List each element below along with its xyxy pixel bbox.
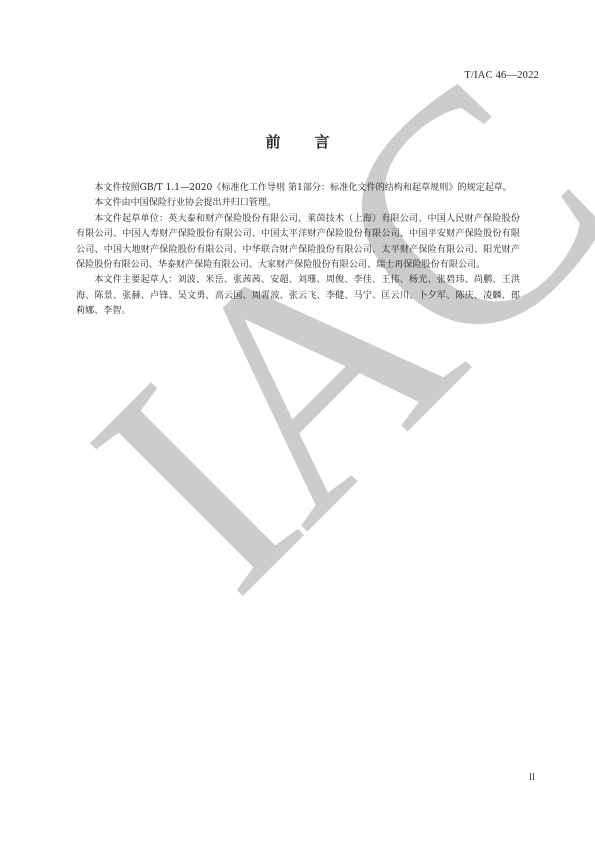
page-title: 前言	[0, 131, 595, 152]
paragraph-drafting-units: 本文件起草单位：英大泰和财产保险股份有限公司、莱茵技术（上海）有限公司、中国人民…	[76, 212, 520, 274]
page-number: II	[529, 772, 535, 782]
foreword-body: 本文件按照GB/T 1.1—2020《标准化工作导则 第1部分：标准化文件的结构…	[76, 181, 520, 320]
paragraph-main-drafters: 本文件主要起草人：刘波、米岳、张茜茜、安超、刘珊、周俊、李佳、王伟、杨光、张碧玮…	[76, 273, 520, 319]
paragraph-proposer: 本文件由中国保险行业协会提出并归口管理。	[76, 196, 520, 211]
document-page: T/IAC 46—2022 前言 本文件按照GB/T 1.1—2020《标准化工…	[0, 0, 595, 842]
paragraph-standard-basis: 本文件按照GB/T 1.1—2020《标准化工作导则 第1部分：标准化文件的结构…	[76, 181, 520, 196]
document-code: T/IAC 46—2022	[464, 70, 539, 81]
